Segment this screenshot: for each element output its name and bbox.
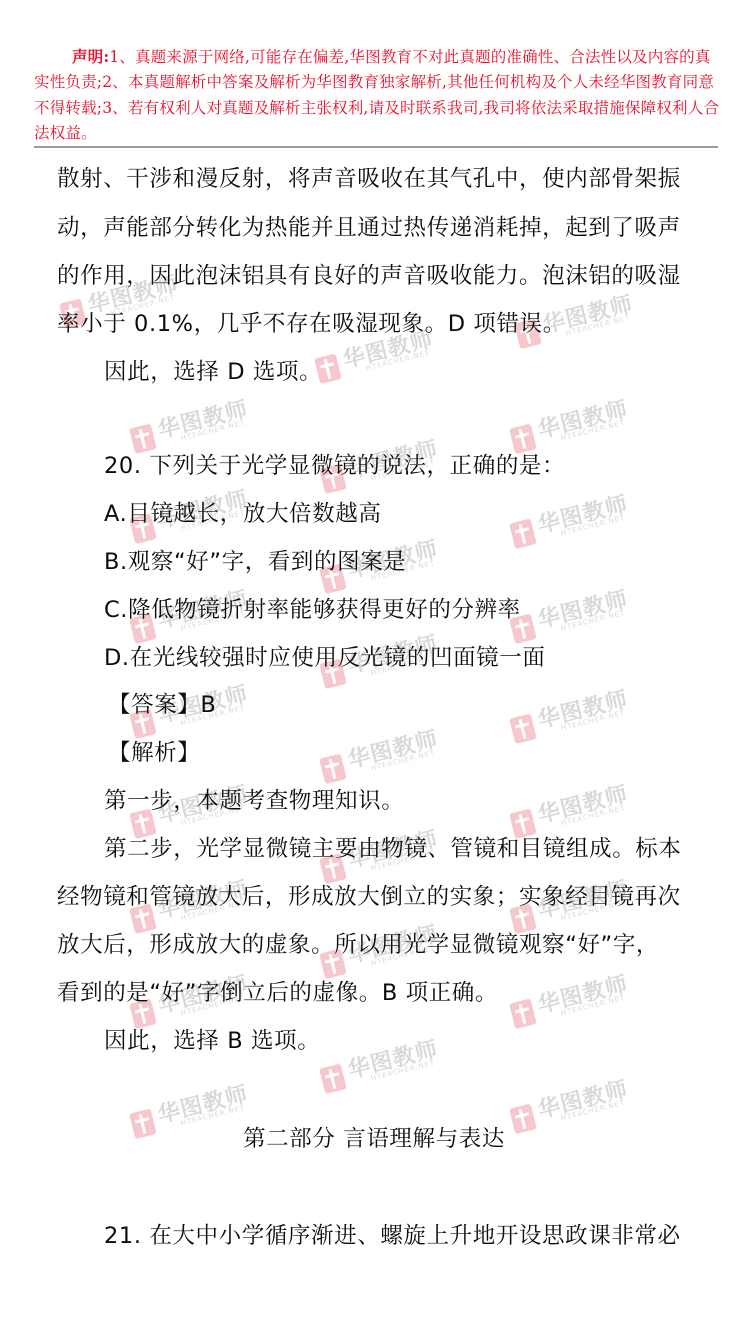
watermark-icon: [129, 424, 157, 455]
analysis-step-2-line: 经物镜和管镜放大后，形成放大倒立的实象；实象经目镜再次: [57, 882, 681, 912]
option-b: B.观察“好”字，看到的图案是: [104, 547, 406, 577]
watermark-icon: [319, 754, 347, 785]
section-heading: 第二部分 言语理解与表达: [0, 1124, 748, 1154]
watermark-icon: [509, 424, 537, 455]
watermark-logo: 华图教师HTEACHER.NET: [316, 716, 445, 794]
paragraph-line: 散射、干涉和漫反射，将声音吸收在其气孔中，使内部骨架振: [57, 164, 681, 194]
disclaimer-text: 1、真题来源于网络,可能存在偏差,华图教育不对此真题的准确性、合法性以及内容的真…: [34, 48, 719, 142]
watermark-logo: 华图教师HTEACHER.NET: [506, 961, 635, 1039]
option-d: D.在光线较强时应使用反光镜的凹面镜一面: [104, 643, 545, 673]
analysis-step-2-line: 看到的是“好”字倒立后的虚像。B 项正确。: [57, 978, 498, 1008]
watermark-icon: [509, 714, 537, 745]
disclaimer-lead: 声明:: [72, 47, 109, 66]
watermark-icon: [509, 999, 537, 1030]
answer-label: 【答案】B: [108, 690, 216, 720]
analysis-step-2-line: 第二步，光学显微镜主要由物镜、管镜和目镜组成。标本: [104, 834, 682, 864]
paragraph-line: 率小于 0.1%，几乎不存在吸湿现象。D 项错误。: [57, 309, 566, 339]
watermark-icon: [319, 1064, 347, 1095]
header-divider: [34, 146, 718, 148]
option-a: A.目镜越长，放大倍数越高: [104, 499, 381, 529]
paragraph-line: 的作用，因此泡沫铝具有良好的声音吸收能力。泡沫铝的吸湿: [57, 261, 681, 291]
watermark-icon: [509, 519, 537, 550]
analysis-step-2-line: 放大后，形成放大的虚象。所以用光学显微镜观察“好”字，: [57, 930, 659, 960]
watermark-logo: 华图教师HTEACHER.NET: [316, 1026, 445, 1104]
question-20-stem: 20. 下列关于光学显微镜的说法，正确的是：: [104, 451, 565, 481]
question-20-conclusion: 因此，选择 B 选项。: [104, 1026, 320, 1056]
analysis-step-1: 第一步，本题考查物理知识。: [104, 786, 404, 816]
watermark-logo: 华图教师HTEACHER.NET: [506, 481, 635, 559]
prev-conclusion: 因此，选择 D 选项。: [104, 357, 322, 387]
question-21-stem: 21. 在大中小学循序渐进、螺旋上升地开设思政课非常必: [104, 1221, 681, 1251]
option-c: C.降低物镜折射率能够获得更好的分辨率: [104, 595, 521, 625]
analysis-label: 【解析】: [108, 738, 200, 768]
watermark-logo: 华图教师HTEACHER.NET: [506, 676, 635, 754]
paragraph-line: 动，声能部分转化为热能并且通过热传递消耗掉，起到了吸声: [57, 213, 681, 243]
disclaimer: 声明:1、真题来源于网络,可能存在偏差,华图教育不对此真题的准确性、合法性以及内…: [34, 44, 720, 146]
